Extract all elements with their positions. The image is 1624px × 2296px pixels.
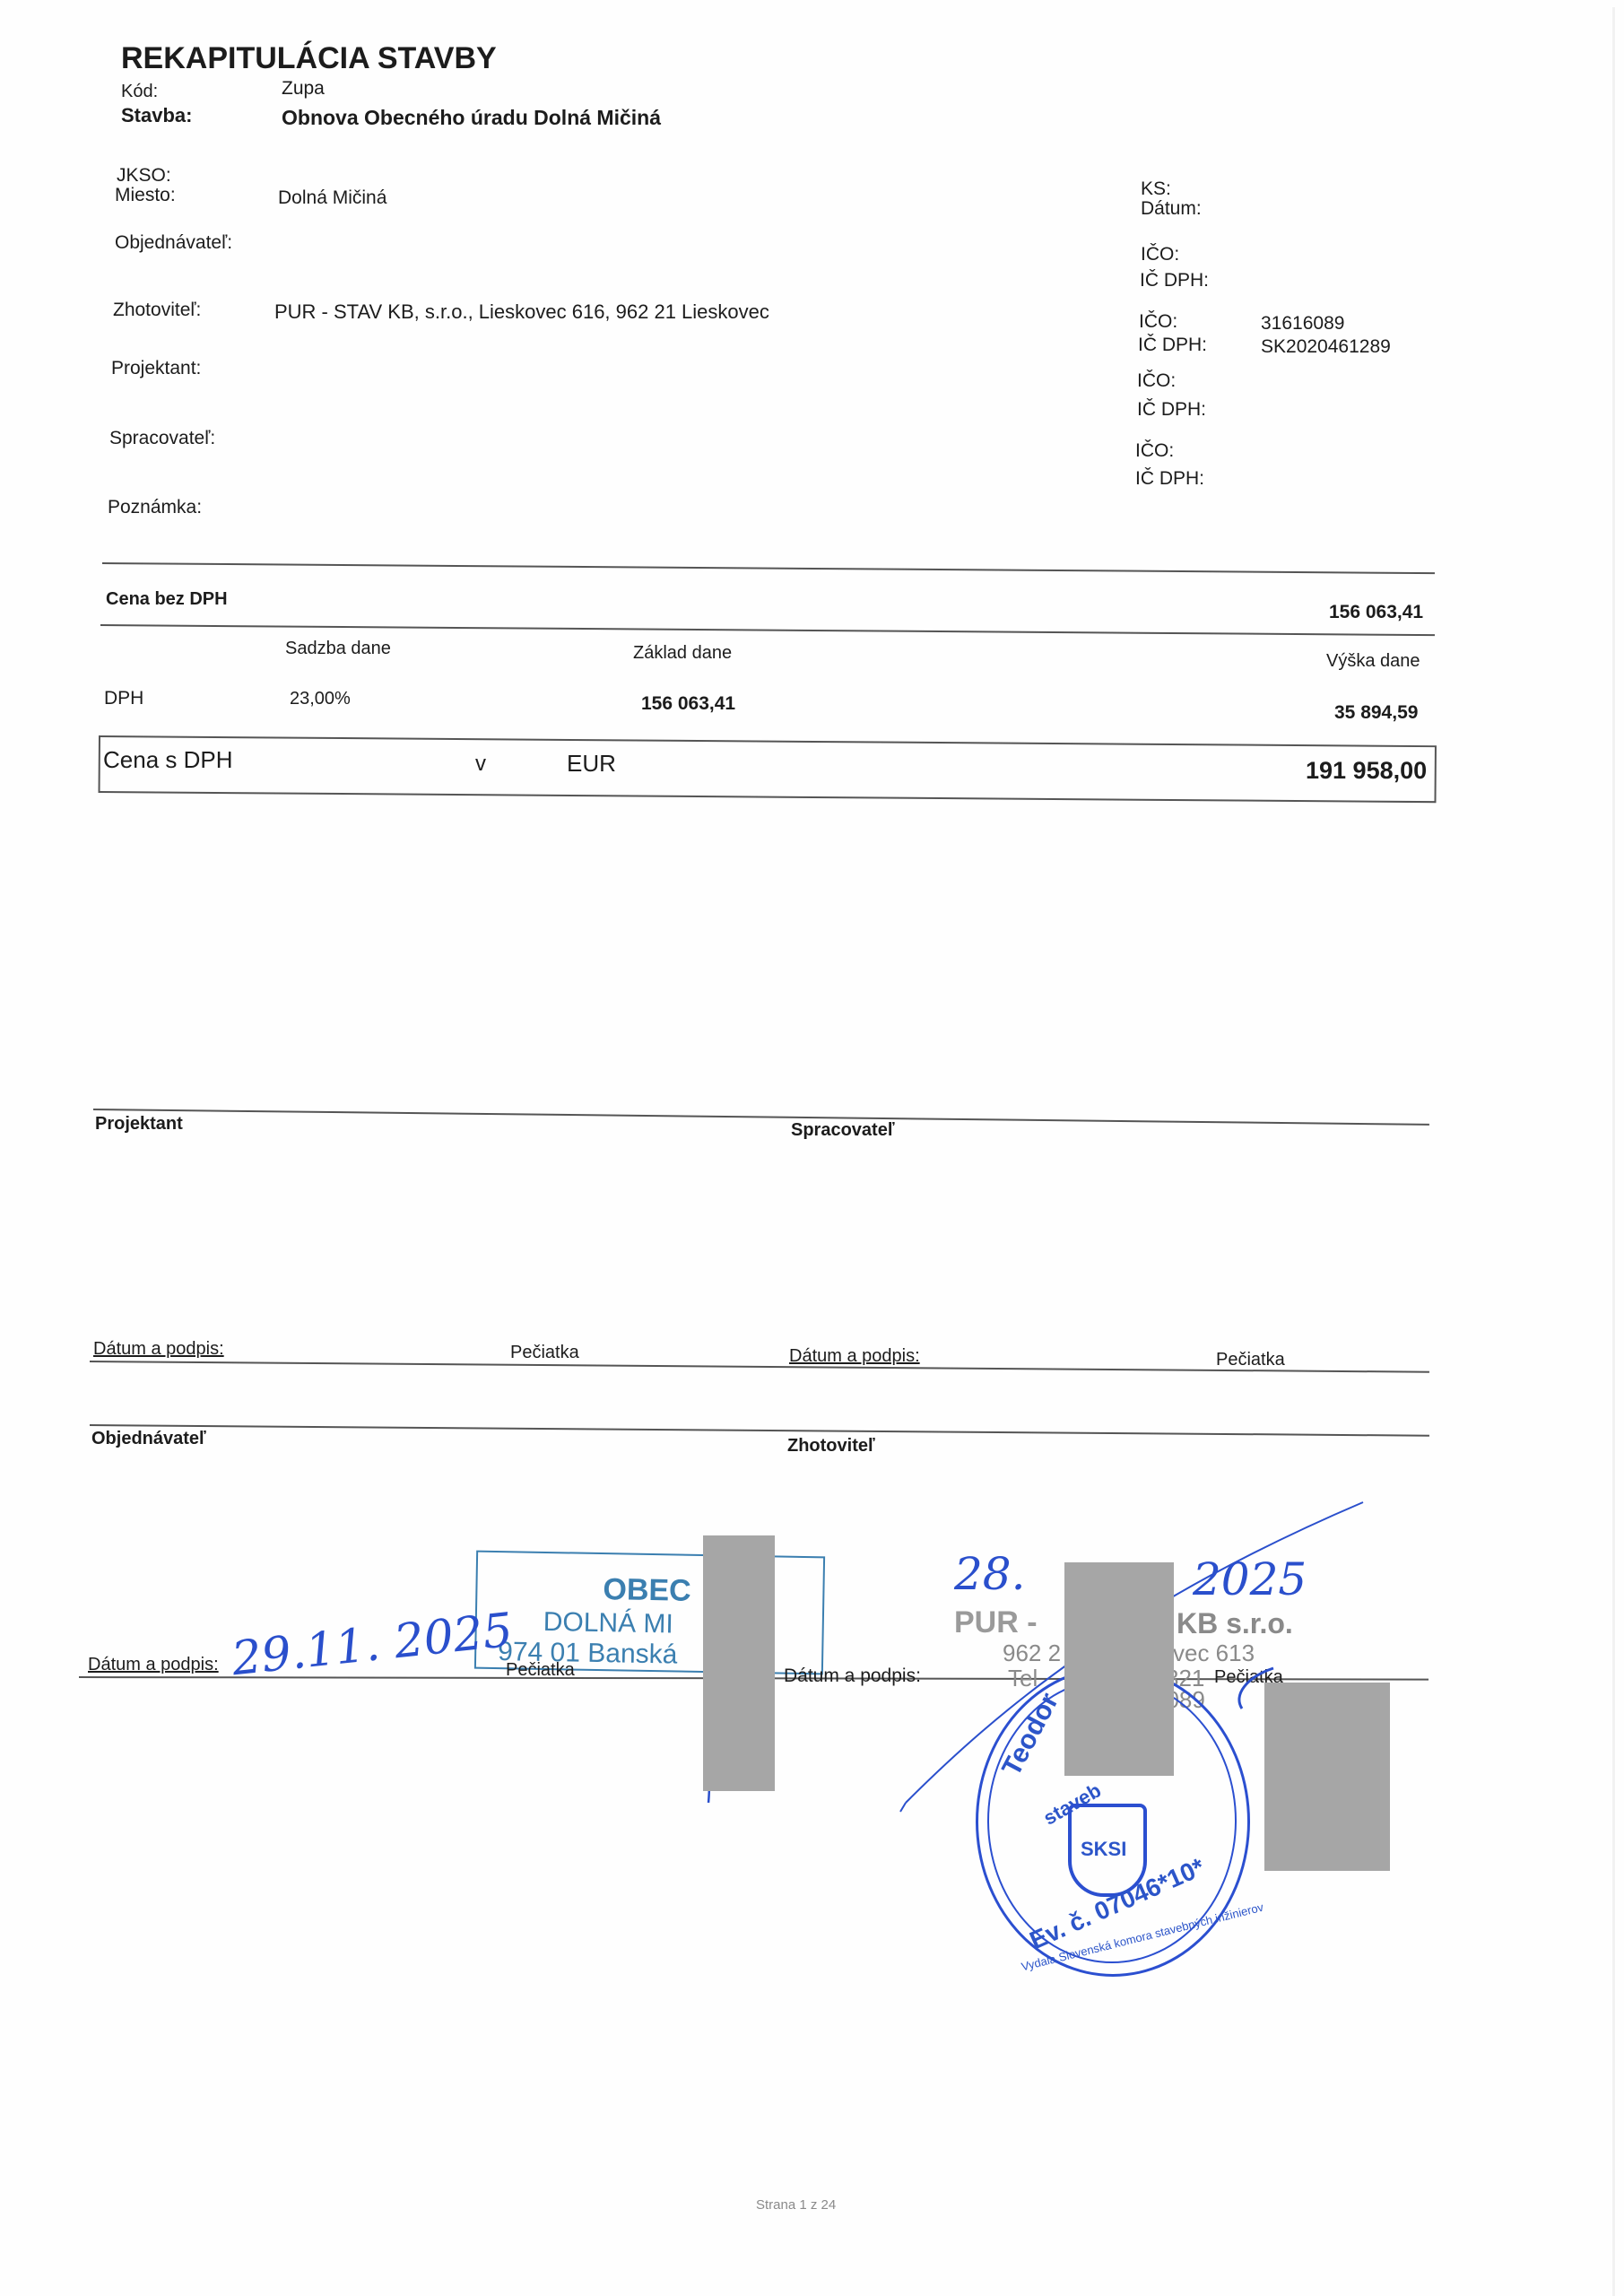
divider-line [90,1424,1429,1437]
ico-value-2: 31616089 [1261,314,1344,333]
spracovatel-peciatka: Pečiatka [1216,1351,1285,1369]
objednavatel-datum-podpis: Dátum a podpis: [88,1656,219,1674]
page-number: Strana 1 z 24 [756,2198,836,2212]
ico-label-4: IČO: [1135,441,1174,460]
miesto-label: Miesto: [115,186,176,204]
zaklad-dane-value: 156 063,41 [641,694,735,713]
cena-s-dph-label: Cena s DPH [103,748,233,771]
projektant-datum-podpis: Dátum a podpis: [93,1340,224,1358]
objednavatel-signature-label: Objednávateľ [91,1430,206,1448]
zhotovitel-value: PUR - STAV KB, s.r.o., Lieskovec 616, 96… [274,302,769,322]
page-edge [1612,7,1615,2296]
document-page: REKAPITULÁCIA STAVBY Kód: Zupa Stavba: O… [0,0,1624,2296]
icdph-label-1: IČ DPH: [1140,271,1209,290]
zhotovitel-label: Zhotoviteľ: [113,300,201,319]
divider-line [93,1109,1429,1126]
divider-line [100,624,1435,636]
projektant-peciatka: Pečiatka [510,1344,579,1361]
redaction-box [1064,1562,1174,1776]
currency-v-label: v [475,753,486,775]
projektant-signature-label: Projektant [95,1115,183,1133]
divider-line [102,562,1435,574]
ks-label: KS: [1141,179,1171,198]
projektant-label: Projektant: [111,359,201,378]
icdph-label-3: IČ DPH: [1137,400,1206,419]
icdph-label-2: IČ DPH: [1138,335,1207,354]
cena-bez-dph-value: 156 063,41 [1329,603,1423,622]
dph-label: DPH [104,689,143,708]
spracovatel-label: Spracovateľ: [109,429,215,448]
miesto-value: Dolná Mičiná [278,188,386,207]
zhotovitel-signature-label: Zhotoviteľ [787,1437,875,1455]
currency-label: EUR [567,752,616,775]
zaklad-dane-header: Základ dane [633,644,732,662]
stavba-label: Stavba: [121,106,192,126]
redaction-box [703,1535,775,1791]
objednavatel-label: Objednávateľ: [115,233,232,252]
kod-value: Zupa [282,79,325,98]
icdph-label-4: IČ DPH: [1135,469,1204,488]
cena-bez-dph-label: Cena bez DPH [106,590,228,608]
sadzba-dane-value: 23,00% [290,690,351,708]
poznamka-label: Poznámka: [108,498,202,517]
handwritten-date-left: 29.11. 2025 [230,1607,515,1683]
ico-label-1: IČO: [1141,245,1179,264]
obec-stamp-line2: DOLNÁ MI [543,1609,674,1639]
sksi-logo-text: SKSI [1081,1839,1126,1859]
vyska-dane-header: Výška dane [1326,652,1420,670]
kod-label: Kód: [121,83,158,100]
cena-s-dph-value: 191 958,00 [1306,759,1427,783]
vyska-dane-value: 35 894,59 [1334,703,1418,722]
datum-label: Dátum: [1141,199,1202,218]
document-title: REKAPITULÁCIA STAVBY [121,43,497,74]
total-box [99,735,1437,803]
spracovatel-signature-label: Spracovateľ [791,1121,895,1139]
spracovatel-datum-podpis: Dátum a podpis: [789,1347,920,1365]
ico-label-2: IČO: [1139,312,1177,331]
redaction-box [1264,1683,1390,1871]
icdph-value-2: SK2020461289 [1261,337,1391,356]
stavba-value: Obnova Obecného úradu Dolná Mičiná [282,108,661,128]
ico-label-3: IČO: [1137,371,1176,390]
jkso-label: JKSO: [117,166,171,185]
sadzba-dane-header: Sadzba dane [285,639,391,657]
